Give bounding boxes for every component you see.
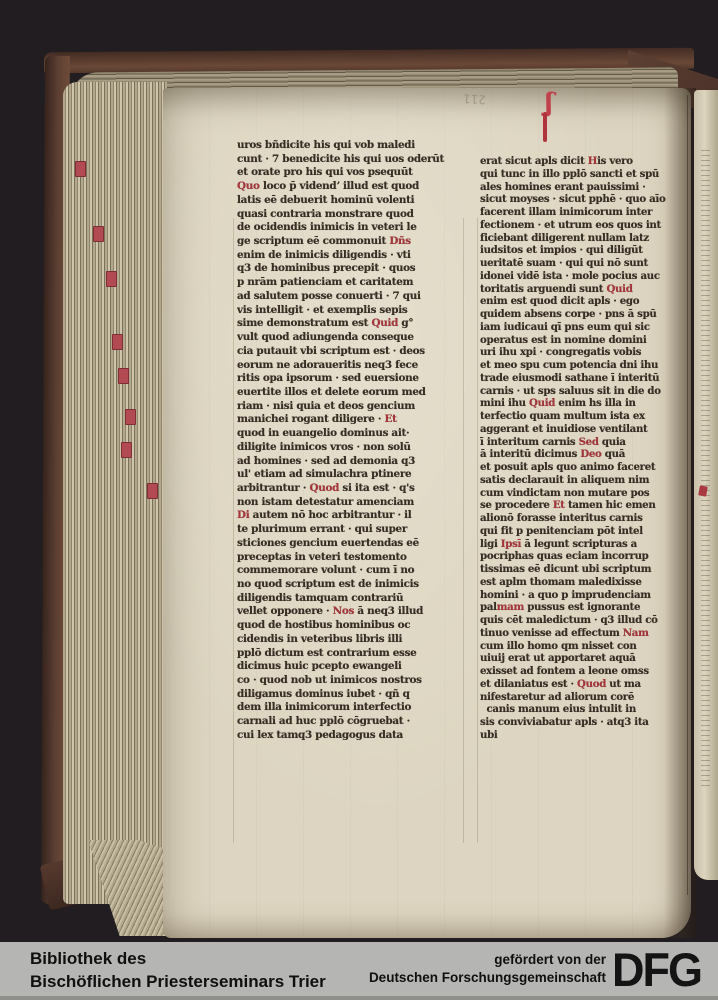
manuscript-line: ficiebant diligerent nullam latz — [480, 232, 704, 245]
manuscript-line: nifestaretur ad aliorum corē — [480, 691, 704, 704]
manuscript-line: ā interitū dicimus Deo quā — [480, 448, 704, 461]
rubric-text: Dñs — [389, 235, 411, 247]
manuscript-line: alionō forasse interitus carnis — [480, 512, 704, 525]
manuscript-line: vellet opponere · Nos ā neq3 illud — [237, 605, 465, 619]
left-text-column: uros bñdicite his qui vob maledicunt · 7… — [237, 139, 465, 743]
bookmark-tab — [147, 483, 158, 499]
manuscript-line: cia putauit vbi scriptum est · deos — [237, 345, 465, 359]
bookmark-tab — [121, 442, 132, 458]
photo-background: 211 ʃ uros bñdicite his qui vob maledicu… — [0, 0, 718, 1000]
manuscript-line: uri ihu xpi · congregatis vobis — [480, 346, 704, 359]
bookmark-tab — [93, 226, 104, 242]
manuscript-line: de ocidendis inimicis in veteri le — [237, 221, 465, 235]
manuscript-line: ubi — [480, 729, 704, 742]
manuscript-line: co · quod nob ut inimicos nostros — [237, 674, 465, 688]
rubric-text: Di — [237, 509, 249, 521]
manuscript-line: sis conviviabatur apls · atq3 ita — [480, 716, 704, 729]
manuscript-line: qui fit p penitenciam pōt intel — [480, 525, 704, 538]
manuscript-line: ales homines erant pauissimi · — [480, 181, 704, 194]
manuscript-line: eorum ne adoraueritis neq3 fece — [237, 359, 465, 373]
manuscript-line: diligendis tamquam contrariū — [237, 592, 465, 606]
manuscript-line: satis declarauit in aliquem nim — [480, 474, 704, 487]
manuscript-line: cum illo homo qm nisset con — [480, 640, 704, 653]
manuscript-line: riam · nisi quia et deos gencium — [237, 400, 465, 414]
bookmark-tab — [106, 271, 117, 287]
manuscript-line: cui lex tamq3 pedagogus data — [237, 729, 465, 743]
manuscript-line: uros bñdicite his qui vob maledi — [237, 139, 465, 153]
funding-credit: gefördert von der Deutschen Forschungsge… — [369, 951, 606, 987]
manuscript-line: commemorare volunt · cum ī no — [237, 564, 465, 578]
footer-banner: Bibliothek des Bischöflichen Priestersem… — [0, 942, 718, 1000]
manuscript-line: Di autem nō hoc arbitrantur · il — [237, 509, 465, 523]
manuscript-line: ritis opa ipsorum · sed euersione — [237, 372, 465, 386]
manuscript-line: erat sicut apls dicit His vero — [480, 155, 704, 168]
manuscript-line: palmam pussus est ignorante — [480, 601, 704, 614]
manuscript-line: carnis · ut sps saluus sit in die do — [480, 385, 704, 398]
manuscript-line: pocriphas quas eciam incorrup — [480, 550, 704, 563]
bookmark-tab — [75, 161, 86, 177]
rubric-text: Sed — [579, 436, 599, 448]
manuscript-line: ligi Ipsī ā legunt scripturas a — [480, 538, 704, 551]
facing-page-red-mark — [698, 485, 708, 496]
manuscript-line: aggerant et inuidiose ventilant — [480, 423, 704, 436]
rubric-text: Quid — [371, 317, 398, 329]
manuscript-line: diligamus dominus iubet · qñ q — [237, 688, 465, 702]
manuscript-line: diligite inimicos vros · non solū — [237, 441, 465, 455]
manuscript-line: ad salutem posse conuerti · 7 qui — [237, 290, 465, 304]
manuscript-line: ī interitum carnis Sed quia — [480, 436, 704, 449]
rubric-text: Nos — [333, 605, 354, 617]
manuscript-line: Quo loco p̄ videndʼ illud est quod — [237, 180, 465, 194]
manuscript-line: dicimus huic pcepto ewangeli — [237, 660, 465, 674]
manuscript-line: dem illa inimicorum interfectio — [237, 701, 465, 715]
manuscript-line: qui tunc in illo pplō sancti et spū — [480, 168, 704, 181]
manuscript-line: ueritatē suam · qui qui nō sunt — [480, 257, 704, 270]
manuscript-line: preceptas in veteri testomento — [237, 551, 465, 565]
manuscript-line: quod de hostibus hominibus oc — [237, 619, 465, 633]
bookmark-tab — [112, 334, 123, 350]
manuscript-line: operatus est in nomine domini — [480, 334, 704, 347]
manuscript-line: carnali ad huc pplō cōgruebat · — [237, 715, 465, 729]
manuscript-line: q3 de hominibus precepit · quos — [237, 262, 465, 276]
dfg-logo: DFG — [612, 943, 701, 998]
library-name: Bibliothek des Bischöflichen Priestersem… — [30, 947, 326, 993]
manuscript-line: est aplm thomam maledixisse — [480, 576, 704, 589]
manuscript-line: exisset ad fontem a leone omss — [480, 665, 704, 678]
manuscript-line: quasi contraria monstrare quod — [237, 208, 465, 222]
manuscript-line: sime demonstratum est Quid g° — [237, 317, 465, 331]
manuscript-line: vis intelligit · et exemplis sepis — [237, 304, 465, 318]
rubric-text: Quo — [237, 180, 260, 192]
column-ruling-line — [477, 218, 478, 843]
manuscript-line: enim est quod dicit apls · ego — [480, 295, 704, 308]
manuscript-line: homini · a quo p imprudenciam — [480, 589, 704, 602]
manuscript-line: ad homines · sed ad demonia q3 — [237, 455, 465, 469]
manuscript-line: uiuij erat ut apportaret aquā — [480, 652, 704, 665]
manuscript-line: sicut moyses · sicut pphē · quo aīo — [480, 193, 704, 206]
manuscript-line: non istam detestatur amenciam — [237, 496, 465, 510]
funding-credit-line1: gefördert von der — [369, 951, 606, 969]
manuscript-line: latis eē debuerit hominū volenti — [237, 194, 465, 208]
manuscript-line: se procedere Et tamen hic emen — [480, 499, 704, 512]
rubric-text: Quod — [309, 482, 339, 494]
rubric-text: Quid — [606, 283, 632, 295]
manuscript-line: tinuo venisse ad effectum Nam — [480, 627, 704, 640]
manuscript-line: euertite illos et delete eorum med — [237, 386, 465, 400]
manuscript-line: et orate pro his qui vos psequūt — [237, 166, 465, 180]
right-text-column: erat sicut apls dicit His veroqui tunc i… — [480, 155, 704, 742]
bookmark-tab — [118, 368, 129, 384]
manuscript-line: ul' etiam ad simulachra ptinere — [237, 468, 465, 482]
manuscript-line: idonei vidē ista · mole pocius auc — [480, 270, 704, 283]
rubric-text: Nam — [623, 627, 649, 639]
manuscript-line: fectionem · et utrum eos quos int — [480, 219, 704, 232]
library-name-line2: Bischöflichen Priesterseminars Trier — [30, 970, 326, 993]
manuscript-line: manichei rogant diligere · Et — [237, 413, 465, 427]
manuscript-line: iam iudicaui qī pns eum qui sic — [480, 321, 704, 334]
manuscript-line: quis cēt maledictum · q3 illud cō — [480, 614, 704, 627]
manuscript-line: cunt · 7 benedicite his qui uos oderūt — [237, 153, 465, 167]
manuscript-line: et dilaniatus est · Quod ut ma — [480, 678, 704, 691]
manuscript-line: facerent illam inimicorum inter — [480, 206, 704, 219]
manuscript-line: trade eiusmodi sathane ī interitū — [480, 372, 704, 385]
rubric-text: Quid — [529, 397, 555, 409]
manuscript-line: arbitrantur · Quod si ita est · q's — [237, 482, 465, 496]
manuscript-line: ge scriptum eē commonuit Dñs — [237, 235, 465, 249]
funding-credit-line2: Deutschen Forschungsgemeinschaft — [369, 969, 606, 987]
column-ruling-line — [233, 218, 234, 843]
manuscript-line: pplō dictum est contrarium esse — [237, 647, 465, 661]
manuscript-line: terfectio quam multum ista ex — [480, 410, 704, 423]
manuscript-line: et meo spu cum potencia dni ihu — [480, 359, 704, 372]
library-name-line1: Bibliothek des — [30, 947, 326, 970]
manuscript-line: p nrām patienciam et caritatem — [237, 276, 465, 290]
manuscript-line: quod in euangelio dominus ait· — [237, 427, 465, 441]
manuscript-line: cum vindictam non mutare pos — [480, 487, 704, 500]
manuscript-line: vult quod adiungenda conseque — [237, 331, 465, 345]
manuscript-line: enim de inimicis diligendis · vti — [237, 249, 465, 263]
manuscript-line: quidem absens corpe · pns ā spū — [480, 308, 704, 321]
manuscript-line: tissimas eē dicunt ubi scriptum — [480, 563, 704, 576]
manuscript-line: te plurimum errant · qui super — [237, 523, 465, 537]
manuscript-line: mini ihu Quid enim hs illa in — [480, 397, 704, 410]
rubric-text: Deo — [580, 448, 601, 460]
manuscript-line: no quod scriptum est de inimicis — [237, 578, 465, 592]
folio-number: 211 — [463, 91, 487, 106]
gutter-crease-line — [687, 95, 688, 895]
manuscript-line: cidendis in veteribus libris illi — [237, 633, 465, 647]
manuscript-line: canis manum eius intulit in — [480, 703, 704, 716]
rubric-text: Et — [553, 499, 565, 511]
manuscript-line: sticiones gencium euertendas eē — [237, 537, 465, 551]
rubric-text: Quod — [577, 678, 606, 690]
manuscript-line: iudsitos et impios · qui diligūt — [480, 244, 704, 257]
rubric-text: Ipsī — [501, 538, 521, 550]
manuscript-line: toritatis arguendi sunt Quid — [480, 283, 704, 296]
bookmark-tab — [125, 409, 136, 425]
rubric-text: mam — [497, 601, 524, 613]
manuscript-line: et posuit apls quo animo faceret — [480, 461, 704, 474]
rubric-text: Et — [384, 413, 396, 425]
rubric-initial-stem — [543, 112, 547, 142]
rubric-text: H — [588, 155, 597, 167]
facing-page-text-edge-marks — [701, 150, 710, 790]
